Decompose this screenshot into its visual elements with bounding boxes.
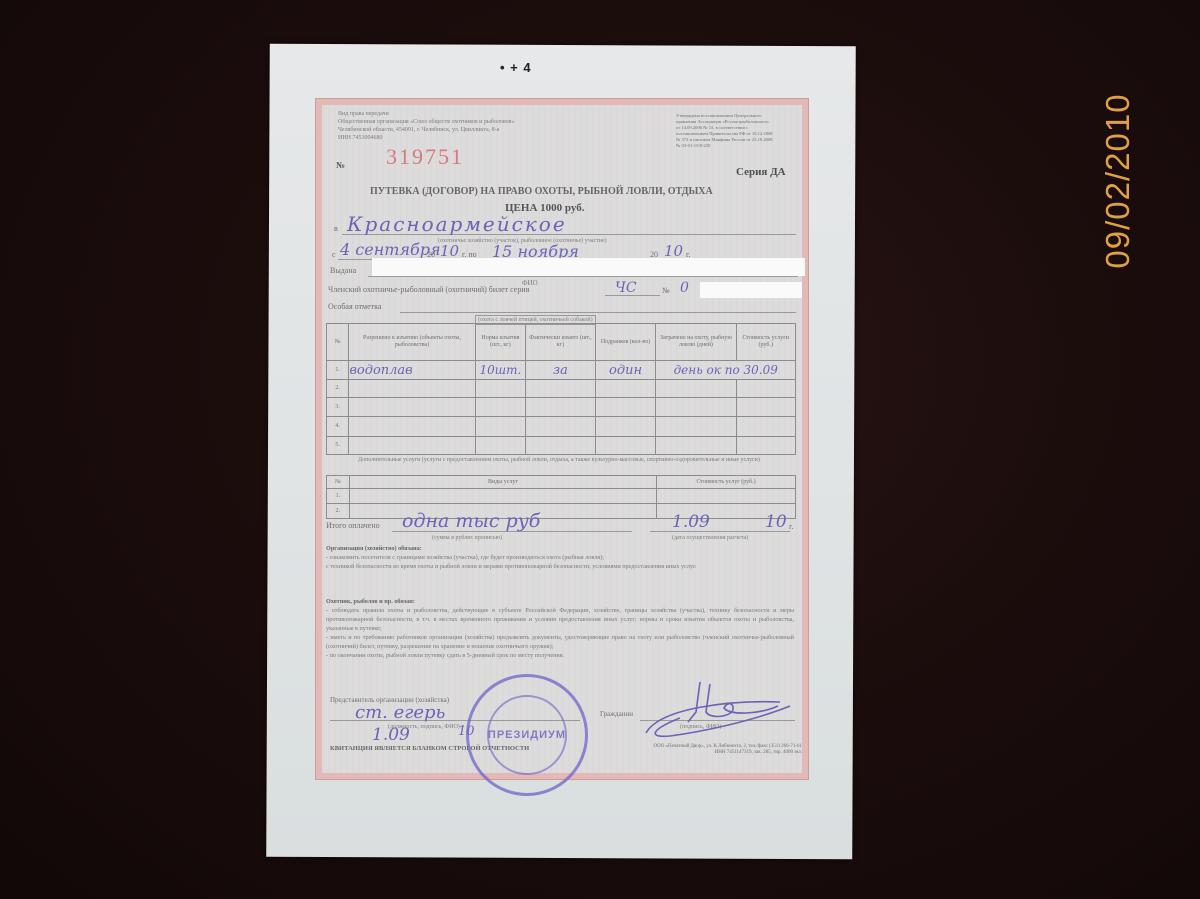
object-cell: водоплав [349,361,475,380]
issuer-line: Вид права передачи [338,110,598,118]
table-row: 1. водоплав 10шт. за один день ок по 30.… [327,361,796,380]
stamp-text: ПРЕЗИДИУМ [469,729,585,741]
table-row: 2. [327,504,796,519]
header-cell: Норма изъятия (шт., кг) [475,324,526,361]
header-cell: Разрешено к изъятию (объекты охоты, рыбо… [349,324,475,361]
header-cell: Виды услуг [349,476,656,489]
series-label: Серия ДА [736,166,786,178]
form-title: ПУТЕВКА (ДОГОВОР) НА ПРАВО ОХОТЫ, РЫБНОЙ… [370,186,713,197]
payment-date-caption: (дата осуществления расчета) [672,534,748,542]
days-cell: день ок по 30.09 [656,361,796,380]
citizen-signature [640,678,800,740]
table-row: 4. [327,417,796,437]
issuer-line: ИНН 7453004680 [338,134,598,142]
issuer-block: Вид права передачи Общественная организа… [338,110,598,142]
main-table: № Разрешено к изъятию (объекты охоты, ры… [326,323,796,455]
header-cell: Фактически изъято (шт., кг) [526,324,595,361]
payment-year-value: 10 [765,512,787,532]
row-number: 2. [327,380,349,398]
camera-date-text: 09/02/2010 [1099,93,1137,268]
table-row: 5. [327,437,796,455]
row-number: 2. [327,504,350,519]
norm-cell: 10шт. [475,361,526,380]
issued-line [368,276,798,277]
payment-date-value: 1.09 [672,512,710,532]
number-label: № [336,160,345,170]
extra-services-note: Дополнительные услуги (услуги с предоста… [328,456,794,464]
hunter-obligations: Охотник, рыболов и пр. обязан: - соблюда… [326,597,794,660]
staple-mark: • + 4 [500,60,532,75]
issuer-line: Челябинской области, 454091, г. Челябинс… [338,126,598,134]
table-row: 2. [327,380,796,398]
location-value: Красноармейское [347,212,567,236]
table-row: 3. [327,398,796,417]
membership-series-value: ЧС [615,280,637,296]
round-stamp: ПРЕЗИДИУМ [466,674,588,796]
special-mark-line [400,312,796,313]
total-value: одна тыс руб [402,510,540,532]
header-cell: Стоимость услуги (руб.) [736,324,796,361]
org-obligations: Организация (хозяйство) обязана: - ознак… [326,544,794,571]
wounded-cell: один [595,361,656,380]
total-caption: (сумма в рублях прописью) [432,534,502,542]
header-cell: № [327,476,350,489]
table-row: 1. [327,489,796,504]
hunter-obligation-item: - соблюдать правила охоты и рыболовства,… [326,606,794,633]
header-cell: Подранков (кол-во) [595,324,656,361]
membership-label: Членский охотничье-рыболовный (охотничий… [328,285,529,294]
camera-date-stamp: 09/02/2010 [1098,86,1138,276]
hunter-obligation-item: - иметь и по требованию работников орган… [326,633,794,651]
printer-line: ИНН 7451147319, зак. 285, тир. 4000 экз. [582,750,802,756]
issued-label: Выдана [330,266,356,275]
org-obligation-item: - ознакомить посетителя с границами хозя… [326,553,794,562]
hunter-obligation-item: - по окончании охоты, рыбной ловли путев… [326,651,794,660]
period-from-value: 4 сентября [340,240,441,259]
header-cell: Стоимость услуг (руб.) [657,476,796,489]
header-cell: № [327,324,349,361]
serial-number: 319751 [386,144,464,170]
approval-line: № 03-01-15/8-230 [676,143,800,149]
org-obligations-title: Организация (хозяйство) обязана: [326,544,794,553]
row-number: 1. [327,489,350,504]
issuer-line: Общественная организация «Союз обществ о… [338,118,598,126]
row-number: 1. [327,361,349,380]
redaction-number [700,282,802,298]
row-number: 4. [327,417,349,437]
representative-date-value: 1.09 [372,725,410,745]
membership-number-value: 0 [680,280,689,296]
footer-printer: ООО «Печатный Двор», ул. К.Либкнехта, 2,… [582,744,802,756]
special-mark-label: Особая отметка [328,302,381,311]
location-prefix: в [334,224,338,233]
row-number: 3. [327,398,349,417]
org-obligation-item: с техникой безопасности во время охоты и… [326,562,794,571]
approval-note: Утверждена постановлением Центрального п… [676,113,800,149]
redaction-name [372,258,805,276]
total-label: Итого оплачено [326,521,380,530]
membership-number-label: № [662,286,670,295]
actual-cell: за [526,361,595,380]
services-table: № Виды услуг Стоимость услуг (руб.) 1. 2… [326,475,796,519]
representative-value: ст. егерь [355,702,445,723]
payment-date-suffix: г. [789,522,793,531]
services-table-header: № Виды услуг Стоимость услуг (руб.) [327,476,796,489]
period-from-label: с [332,250,336,259]
header-cell: Затрачено на охоту, рыбную ловлю (дней) [656,324,736,361]
citizen-label: Гражданин [600,710,633,718]
hunter-obligations-title: Охотник, рыболов и пр. обязан: [326,597,794,606]
row-number: 5. [327,437,349,455]
main-table-header: № Разрешено к изъятию (объекты охоты, ры… [327,324,796,361]
